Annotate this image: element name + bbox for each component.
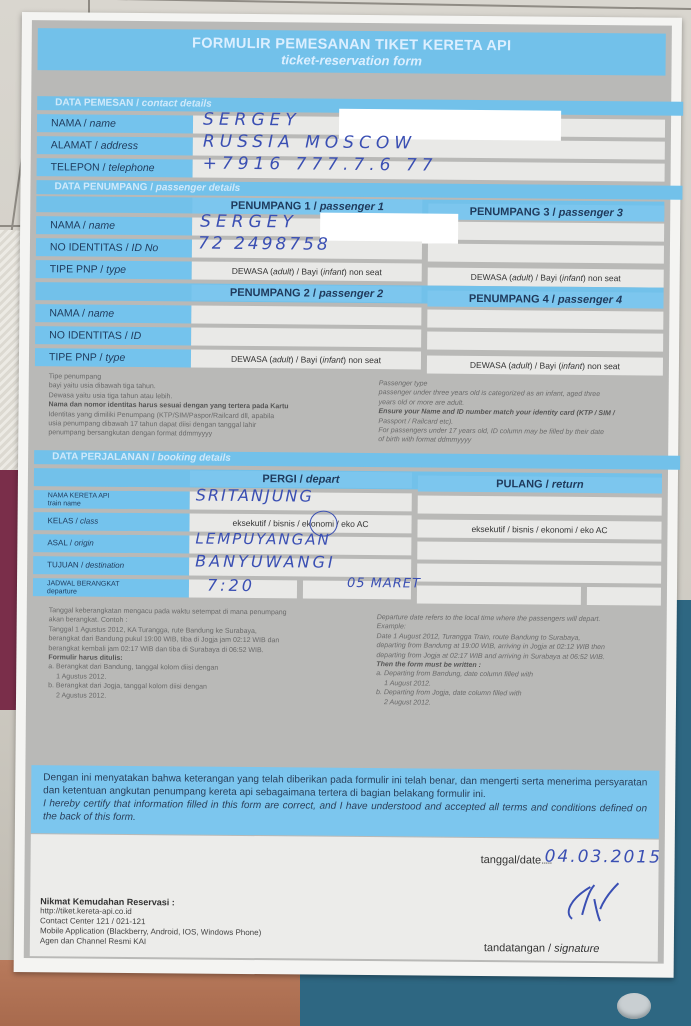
passenger-3-header: PENUMPANG 3 / passenger 3 (428, 204, 664, 222)
contact-address-label: ALAMAT / address (37, 136, 193, 155)
passenger-1-id-value: 72 2498758 (198, 234, 331, 255)
destination-label: TUJUAN / destination (33, 556, 189, 575)
passenger-2-name-field[interactable] (191, 305, 421, 325)
passenger-2-header: PENUMPANG 2 / passenger 2 (191, 284, 421, 302)
contact-address-value: RUSSIA MOSCOW (203, 132, 416, 154)
passenger-id-label: NO IDENTITAS / ID No (36, 238, 192, 257)
contact-name-label: NAMA / name (37, 114, 193, 133)
date-value: 04.03.2015 (545, 847, 663, 868)
passenger-type-label: TIPE PNP / type (36, 260, 192, 279)
return-time-field[interactable] (417, 585, 581, 604)
redaction-box (320, 213, 458, 244)
passenger-3-type-options[interactable]: DEWASA (adult) / Bayi (infant) non seat (428, 268, 664, 288)
departure-schedule-label: JADWAL BERANGKATdeparture (33, 578, 189, 597)
depart-origin-value: LEMPUYANGAN (195, 530, 331, 549)
passenger-3-id-field[interactable] (428, 244, 664, 264)
passenger-notes-id: Tipe penumpang bayi yaitu usia dibawah t… (48, 372, 349, 440)
passenger-name-label: NAMA / name (36, 216, 192, 235)
origin-label: ASAL / origin (33, 534, 189, 553)
signature-label: tandatangan / signature (484, 942, 600, 955)
return-class-options[interactable]: eksekutif / bisnis / ekonomi / eko AC (417, 519, 661, 539)
train-name-label: NAMA KERETA APItrain name (34, 490, 190, 509)
passenger-4-name-field[interactable] (427, 310, 663, 330)
shirt-button (617, 993, 651, 1019)
return-header: PULANG / return (418, 475, 662, 493)
return-train-name-field[interactable] (418, 495, 662, 515)
booking-section-heading: DATA PERJALANAN / booking details (34, 450, 680, 470)
return-origin-field[interactable] (417, 541, 661, 561)
form-footer: tanggal/date..... 04.03.2015 tandatangan… (30, 834, 659, 961)
floor-tile-grout (0, 0, 691, 10)
contact-name-value: SERGEY (203, 110, 301, 131)
depart-time-value: 7:20 (207, 576, 255, 595)
passenger-2-type-options[interactable]: DEWASA (adult) / Bayi (infant) non seat (191, 349, 421, 369)
reservation-form-paper: FORMULIR PEMESANAN TIKET KERETA API tick… (14, 12, 682, 978)
passenger-4-header: PENUMPANG 4 / passenger 4 (427, 291, 663, 309)
passenger-1-name-value: SERGEY (200, 212, 298, 233)
signature-mark (560, 879, 630, 930)
contact-phone-value: +7916 777.7.6 77 (203, 154, 438, 176)
class-label: KELAS / class (33, 512, 189, 531)
info-agents: Agen dan Channel Resmi KAI (40, 936, 261, 948)
date-line: tanggal/date..... (481, 854, 552, 867)
reservation-info: Nikmat Kemudahan Reservasi : http://tike… (40, 896, 262, 948)
passenger-id-label-2: NO IDENTITAS / ID (35, 326, 191, 345)
form-sheet: FORMULIR PEMESANAN TIKET KERETA API tick… (24, 20, 672, 964)
passenger-4-id-field[interactable] (427, 332, 663, 352)
declaration-box: Dengan ini menyatakan bahwa keterangan y… (31, 765, 660, 838)
passenger-notes-en: Passenger type passenger under three yea… (378, 379, 664, 447)
depart-date-value: 05 MARET (347, 576, 421, 592)
return-destination-field[interactable] (417, 563, 661, 583)
declaration-text-en: I hereby certify that information filled… (43, 797, 647, 828)
form-title-band: FORMULIR PEMESANAN TIKET KERETA API tick… (37, 28, 665, 75)
depart-destination-value: BANYUWANGI (195, 552, 336, 572)
passenger-2-id-field[interactable] (191, 327, 421, 347)
passenger-1-type-options[interactable]: DEWASA (adult) / Bayi (infant) non seat (192, 261, 422, 281)
contact-phone-label: TELEPON / telephone (37, 158, 193, 177)
passenger-3-name-field[interactable] (428, 222, 664, 242)
return-date-field[interactable] (587, 587, 661, 606)
booking-notes-id: Tanggal keberangkatan mengacu pada waktu… (48, 606, 359, 703)
passenger-4-type-options[interactable]: DEWASA (adult) / Bayi (infant) non seat (427, 356, 663, 376)
booking-notes-en: Departure date refers to the local time … (376, 613, 662, 710)
depart-train-name-value: SRITANJUNG (196, 486, 314, 506)
passenger-name-label-2: NAMA / name (35, 304, 191, 323)
passenger-type-label-2: TIPE PNP / type (35, 348, 191, 367)
